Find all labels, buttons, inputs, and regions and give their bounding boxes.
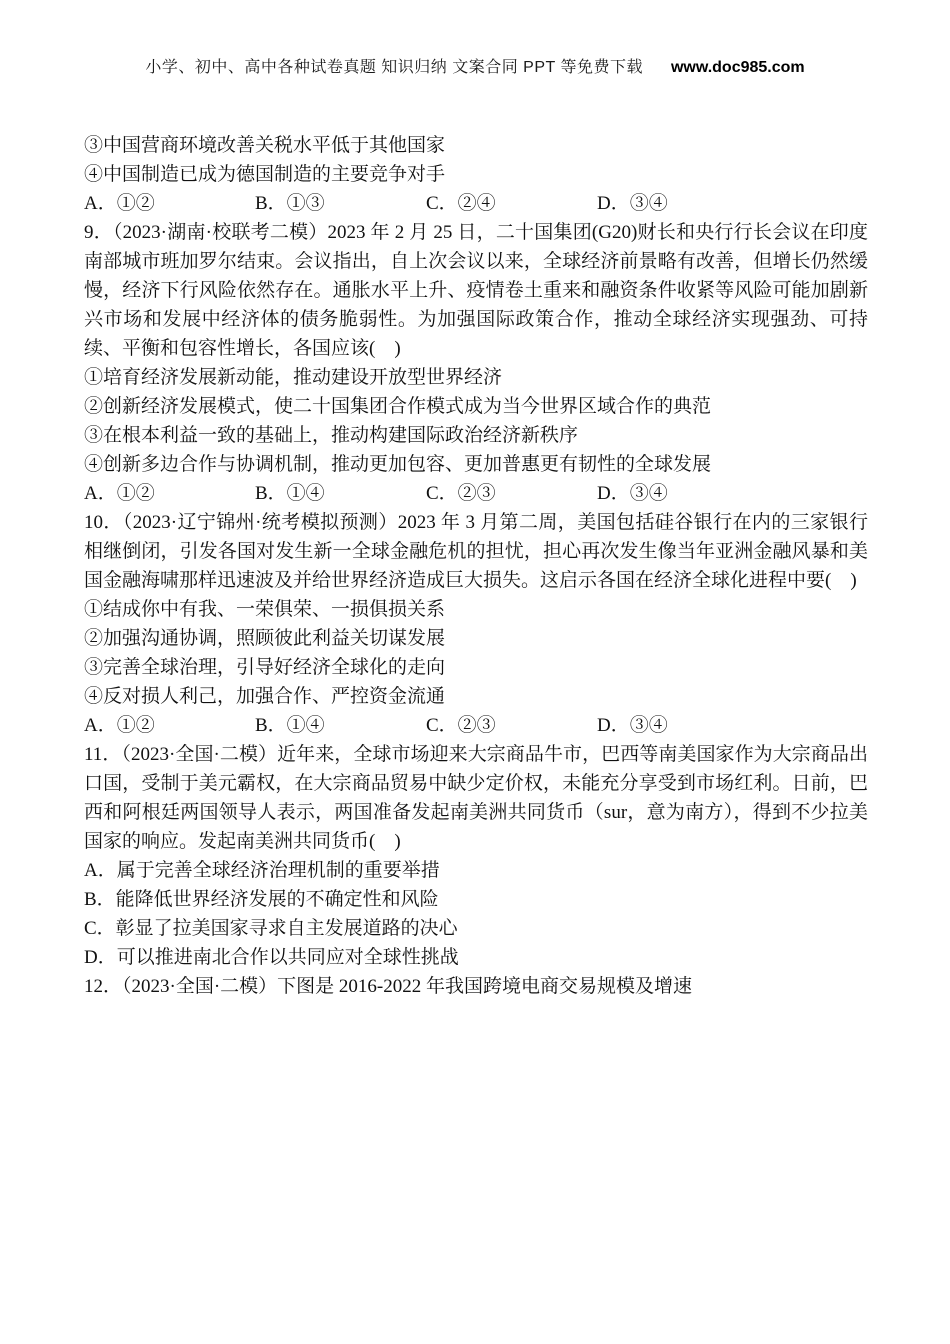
q11-option-b: B．能降低世界经济发展的不确定性和风险 [84, 885, 868, 914]
q10-option-c: C．②③ [426, 711, 597, 740]
q9-stem: 9．（2023·湖南·校联考二模）2023 年 2 月 25 日，二十国集团(G… [84, 218, 868, 363]
q10-item-1: ①结成你中有我、一荣俱荣、一损俱损关系 [84, 595, 868, 624]
q10-item-3: ③完善全球治理，引导好经济全球化的走向 [84, 653, 868, 682]
q9-option-b: B．①④ [255, 479, 426, 508]
q10-option-d: D．③④ [597, 711, 668, 740]
q9-item-3: ③在根本利益一致的基础上，推动构建国际政治经济新秩序 [84, 421, 868, 450]
q11-stem: 11．（2023·全国·二模）近年来，全球市场迎来大宗商品牛市，巴西等南美国家作… [84, 740, 868, 856]
q11-option-c: C．彰显了拉美国家寻求自主发展道路的决心 [84, 914, 868, 943]
q8-item-4: ④中国制造已成为德国制造的主要竞争对手 [84, 160, 868, 189]
q9-options-row: A．①② B．①④ C．②③ D．③④ [84, 479, 868, 508]
q9-item-1: ①培育经济发展新动能，推动建设开放型世界经济 [84, 363, 868, 392]
q8-option-d: D．③④ [597, 189, 668, 218]
q9-item-4: ④创新多边合作与协调机制，推动更加包容、更加普惠更有韧性的全球发展 [84, 450, 868, 479]
q11-option-d: D．可以推进南北合作以共同应对全球性挑战 [84, 943, 868, 972]
q10-option-b: B．①④ [255, 711, 426, 740]
q8-options-row: A．①② B．①③ C．②④ D．③④ [84, 189, 868, 218]
q8-option-b: B．①③ [255, 189, 426, 218]
q9-option-c: C．②③ [426, 479, 597, 508]
q10-options-row: A．①② B．①④ C．②③ D．③④ [84, 711, 868, 740]
q10-item-2: ②加强沟通协调，照顾彼此利益关切谋发展 [84, 624, 868, 653]
header-site-link[interactable]: www.doc985.com [671, 59, 805, 76]
q11-option-a: A．属于完善全球经济治理机制的重要举措 [84, 856, 868, 885]
q9-option-d: D．③④ [597, 479, 668, 508]
q10-stem: 10．（2023·辽宁锦州·统考模拟预测）2023 年 3 月第二周，美国包括硅… [84, 508, 868, 595]
q8-option-c: C．②④ [426, 189, 597, 218]
exam-content: ③中国营商环境改善关税水平低于其他国家 ④中国制造已成为德国制造的主要竞争对手 … [84, 131, 868, 1001]
q8-item-3: ③中国营商环境改善关税水平低于其他国家 [84, 131, 868, 160]
q9-item-2: ②创新经济发展模式，使二十国集团合作模式成为当今世界区域合作的典范 [84, 392, 868, 421]
header-tagline: 小学、初中、高中各种试卷真题 知识归纳 文案合同 PPT 等免费下载 [145, 59, 643, 76]
q12-stem: 12．（2023·全国·二模）下图是 2016-2022 年我国跨境电商交易规模… [84, 972, 868, 1001]
q8-option-a: A．①② [84, 189, 255, 218]
q10-option-a: A．①② [84, 711, 255, 740]
page-header: 小学、初中、高中各种试卷真题 知识归纳 文案合同 PPT 等免费下载www.do… [0, 54, 950, 77]
q9-option-a: A．①② [84, 479, 255, 508]
q10-item-4: ④反对损人利己，加强合作、严控资金流通 [84, 682, 868, 711]
